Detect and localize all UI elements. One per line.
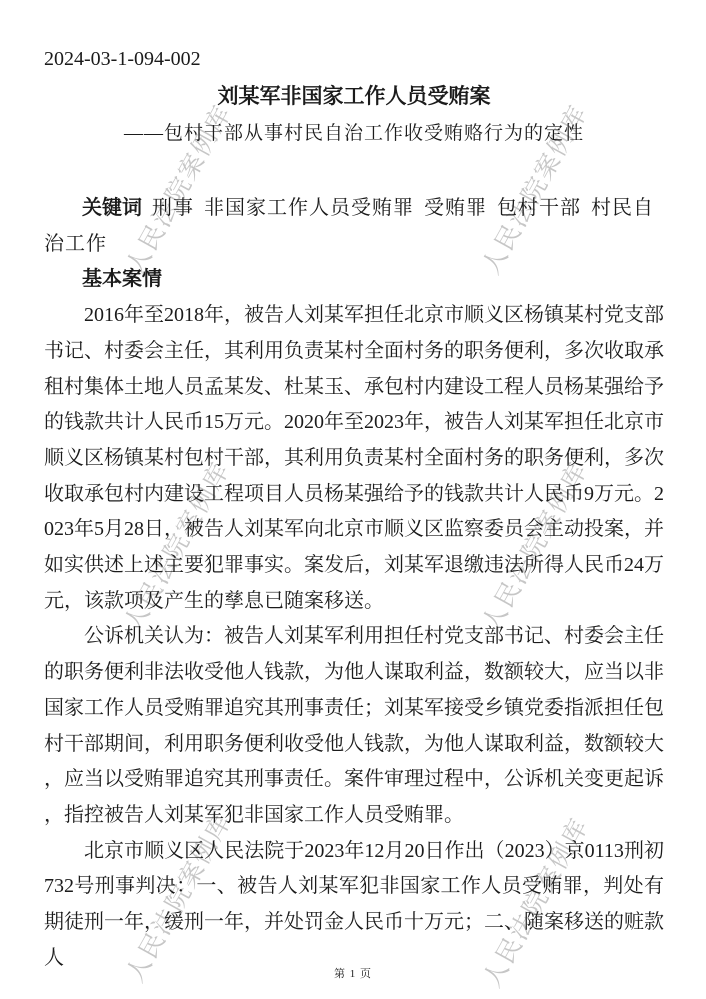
section-heading-basic-facts: 基本案情 — [44, 262, 664, 298]
case-title: 刘某军非国家工作人员受贿案 — [44, 82, 664, 112]
paragraph-facts-3: 北京市顺义区人民法院于2023年12月20日作出（2023）京0113刑初732… — [44, 834, 664, 977]
document-number: 2024-03-1-094-002 — [44, 46, 664, 72]
keyword-term: 非国家工作人员受贿罪 — [204, 197, 414, 219]
document-content: 2024-03-1-094-002 刘某军非国家工作人员受贿案 ——包村干部从事… — [44, 46, 664, 976]
keyword-term: 受贿罪 — [424, 197, 487, 219]
paragraph-facts-2: 公诉机关认为：被告人刘某军利用担任村党支部书记、村委会主任的职务便利非法收受他人… — [44, 619, 664, 833]
keywords-label: 关键词 — [82, 197, 142, 219]
keyword-term: 刑事 — [152, 197, 194, 219]
case-subtitle: ——包村干部从事村民自治工作收受贿赂行为的定性 — [44, 121, 664, 147]
paragraph-facts-1: 2016年至2018年，被告人刘某军担任北京市顺义区杨镇某村党支部书记、村委会主… — [44, 298, 664, 619]
document-page: 人民法院案例库 人民法院案例库 人民法院案例库 人民法院案例库 人民法院案例库 … — [0, 0, 706, 999]
page-number: 第 1 页 — [0, 965, 706, 981]
keywords-line: 关键词刑事非国家工作人员受贿罪受贿罪包村干部村民自治工作 — [44, 191, 664, 262]
keyword-term: 包村干部 — [497, 197, 581, 219]
